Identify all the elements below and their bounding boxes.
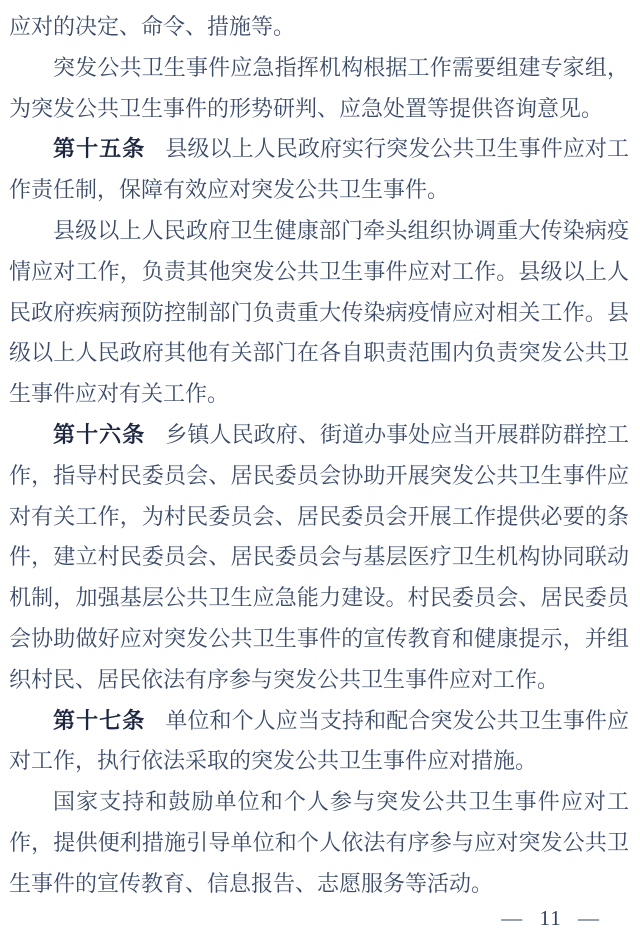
page-footer: — 11 — bbox=[501, 904, 600, 932]
text-line: 级以上人民政府其他有关部门在各自职责范围内负责突发公共卫 bbox=[9, 333, 629, 374]
text-line: 应对的决定、命令、措施等。 bbox=[9, 7, 629, 48]
text-line: 织村民、居民依法有序参与突发公共卫生事件应对工作。 bbox=[9, 660, 629, 701]
article-number: 第十七条 bbox=[53, 708, 145, 733]
text-line: 情应对工作，负责其他突发公共卫生事件应对工作。县级以上人 bbox=[9, 252, 629, 293]
text-line: 件，建立村民委员会、居民委员会与基层医疗卫生机构协同联动 bbox=[9, 537, 629, 578]
text-line: 第十七条单位和个人应当支持和配合突发公共卫生事件应 bbox=[9, 701, 629, 742]
text-line: 作，指导村民委员会、居民委员会协助开展突发公共卫生事件应 bbox=[9, 456, 629, 497]
article-number: 第十五条 bbox=[53, 136, 145, 161]
document-body: 应对的决定、命令、措施等。突发公共卫生事件应急指挥机构根据工作需要组建专家组，为… bbox=[9, 7, 629, 905]
text-line: 对有关工作，为村民委员会、居民委员会开展工作提供必要的条 bbox=[9, 497, 629, 538]
text-line: 对工作，执行依法采取的突发公共卫生事件应对措施。 bbox=[9, 741, 629, 782]
text-line: 突发公共卫生事件应急指挥机构根据工作需要组建专家组， bbox=[9, 48, 629, 89]
document-page: 应对的决定、命令、措施等。突发公共卫生事件应急指挥机构根据工作需要组建专家组，为… bbox=[0, 0, 640, 946]
text-line: 为突发公共卫生事件的形势研判、应急处置等提供咨询意见。 bbox=[9, 89, 629, 130]
text-line: 会协助做好应对突发公共卫生事件的宣传教育和健康提示，并组 bbox=[9, 619, 629, 660]
text-line: 作，提供便利措施引导单位和个人依法有序参与应对突发公共卫 bbox=[9, 823, 629, 864]
text-line: 县级以上人民政府卫生健康部门牵头组织协调重大传染病疫 bbox=[9, 211, 629, 252]
text-line: 第十六条乡镇人民政府、街道办事处应当开展群防群控工 bbox=[9, 415, 629, 456]
page-number: — 11 — bbox=[501, 906, 600, 930]
text-line: 机制，加强基层公共卫生应急能力建设。村民委员会、居民委员 bbox=[9, 578, 629, 619]
article-number: 第十六条 bbox=[53, 422, 145, 447]
text-line: 第十五条县级以上人民政府实行突发公共卫生事件应对工 bbox=[9, 129, 629, 170]
text-line: 国家支持和鼓励单位和个人参与突发公共卫生事件应对工 bbox=[9, 782, 629, 823]
text-line: 生事件的宣传教育、信息报告、志愿服务等活动。 bbox=[9, 864, 629, 905]
text-line: 民政府疾病预防控制部门负责重大传染病疫情应对相关工作。县 bbox=[9, 293, 629, 334]
text-line: 作责任制，保障有效应对突发公共卫生事件。 bbox=[9, 170, 629, 211]
text-line: 生事件应对有关工作。 bbox=[9, 374, 629, 415]
